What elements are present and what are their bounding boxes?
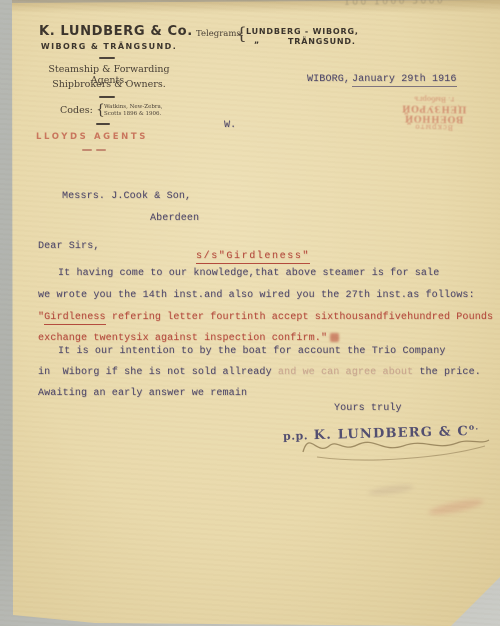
red-ink-smudge: [330, 333, 339, 342]
salutation: Dear Sirs,: [38, 241, 100, 252]
faded-words: and we can agree about: [278, 367, 413, 378]
body-line: It is our intention to by the boat for a…: [58, 346, 446, 357]
quote-rest: refering letter fourtinth accept sixthou…: [106, 312, 494, 323]
body-line: Awaiting an early answer we remain: [38, 388, 247, 399]
divider-ornament: [99, 57, 115, 59]
body-line: we wrote you the 14th inst.and also wire…: [38, 290, 475, 301]
letterhead-company-name: K. LUNDBERG & Co.: [39, 23, 193, 39]
line-start: in Wiborg if she is not sold allready: [38, 367, 278, 378]
body-line: It having come to our knowledge,that abo…: [58, 268, 439, 279]
letterhead-location: WIBORG & TRÄNGSUND.: [39, 42, 179, 51]
recipient-city: Aberdeen: [150, 213, 199, 224]
ship-name: Girdleness: [44, 312, 106, 325]
telegrams-ditto-mark: „: [254, 36, 261, 45]
codes-line2: Scotts 1896 & 1906.: [104, 111, 163, 118]
divider-ornament: [96, 149, 106, 151]
line-end: the price.: [413, 367, 481, 378]
censor-stamp-line2: ВОЕННОЙ ЦЕНЗУРОЙ: [376, 102, 492, 124]
dateline-place: WIBORG,: [307, 74, 350, 85]
body-line: in Wiborg if she is not sold allready an…: [38, 367, 481, 378]
codes-line1: Watkins, New-Zebra,: [104, 104, 163, 111]
handwritten-signature: [283, 420, 495, 464]
codes-label: Codes:: [60, 105, 93, 116]
typed-w-mark: W.: [224, 120, 236, 131]
closing-line: Yours truly: [334, 403, 402, 414]
dateline-date: January 29th 1916: [352, 74, 457, 87]
recipient-name: Messrs. J.Cook & Son,: [62, 191, 191, 202]
telegrams-address2: TRÄNGSUND.: [288, 37, 356, 46]
telegram-quote-line1: "Girdleness refering letter fourtinth ac…: [38, 312, 493, 323]
divider-ornament: [99, 96, 115, 98]
quote-line2-text: exchange twentysix against inspection co…: [38, 333, 327, 344]
divider-ornament: [82, 149, 92, 151]
subject-line: s/s"Girdleness": [196, 251, 310, 264]
telegrams-address1: LUNDBERG - WIBORG,: [246, 27, 359, 36]
scanned-letter: 100 1000 5000 K. LUNDBERG & Co. WIBORG &…: [0, 0, 500, 626]
lloyds-agents-line: LLOYDS AGENTS: [36, 132, 148, 142]
divider-ornament: [96, 123, 110, 125]
censor-stamp: Вскрыто ВОЕННОЙ ЦЕНЗУРОЙ г. Выборгъ: [376, 94, 493, 132]
letterhead-business-line2: Shipbrokers & Owners.: [39, 79, 179, 90]
codes-list: Watkins, New-Zebra, Scotts 1896 & 1906.: [104, 104, 163, 118]
telegram-quote-line2: exchange twentysix against inspection co…: [38, 333, 339, 344]
